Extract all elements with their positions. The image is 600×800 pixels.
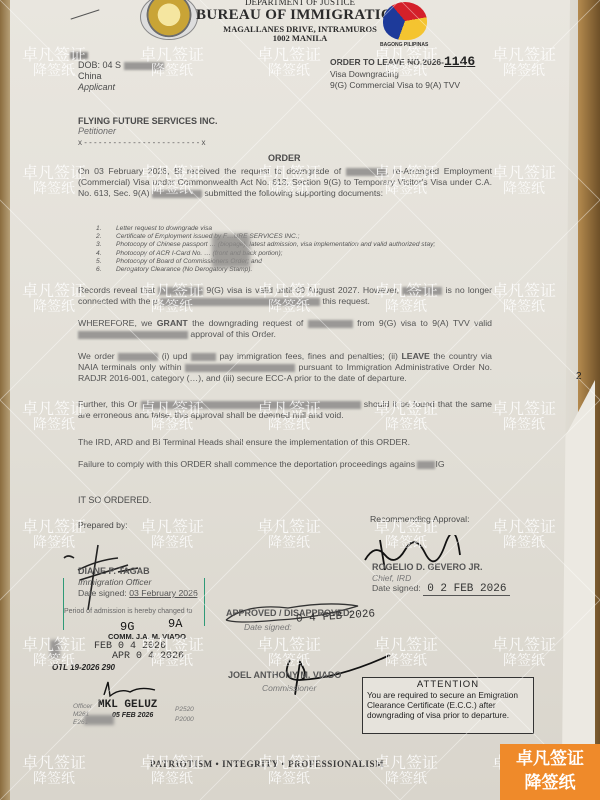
- item-number: 6.: [96, 266, 116, 274]
- paragraph-text: Failure to comply with this ORDER shall …: [78, 459, 415, 469]
- item-text: Certificate of Employment issued by F…UR…: [116, 233, 299, 240]
- paragraph-text: 9(G) visa is valid until 09 August 2027.…: [206, 285, 399, 295]
- commissioner-title: Commissioner: [262, 683, 316, 693]
- paragraph-text: WHEREFORE, we: [78, 318, 152, 328]
- paragraph-text: (i) upd: [162, 351, 188, 361]
- paragraph-text: this request.: [323, 296, 370, 306]
- stamp-visa-to: 9A: [168, 617, 182, 631]
- redacted-block: [78, 331, 188, 339]
- recommender-date: 0 2 FEB 2026: [423, 583, 510, 596]
- commissioner-name: JOEL ANTHONY M. VIADO: [228, 670, 341, 680]
- item-number: 2.: [96, 233, 116, 241]
- paragraph-text: Further, this Or: [78, 399, 137, 409]
- item-text: Photocopy of Chinese passport … (biopage…: [116, 241, 435, 248]
- document-item: 6.Derogatory Clearance (No Derogatory St…: [96, 266, 435, 274]
- document-item: 5.Photocopy of Board of Commissioners Or…: [96, 258, 435, 266]
- preparer-name: DIANE P. TAGAB: [78, 566, 150, 576]
- stamp-commissioner: COMM. J.A. M. VIADO: [108, 632, 186, 641]
- preparer-title: Immigration Officer: [78, 577, 151, 587]
- order-paragraph-1: On 03 February 2026, BI received the req…: [78, 166, 492, 199]
- petitioner-role: Petitioner: [78, 126, 218, 137]
- redacted-block: [70, 52, 88, 59]
- applicant-nationality: China: [78, 71, 164, 82]
- applicant-dob: DOB: 04 S: [78, 60, 121, 70]
- order-heading: ORDER: [268, 153, 301, 163]
- department-name: DEPARTMENT OF JUSTICE: [180, 0, 420, 7]
- paragraph-text: submitted the following supporting docum…: [204, 188, 383, 198]
- petitioner-block: FLYING FUTURE SERVICES INC. Petitioner x…: [78, 116, 218, 148]
- grant-keyword: GRANT: [157, 318, 188, 328]
- order-paragraph-3: WHEREFORE, we GRANT the downgrading requ…: [78, 318, 492, 340]
- paragraph-text: On 03 February 2026, BI received the req…: [78, 166, 341, 176]
- footer-motto: PATRIOTISM • INTEGRITY • PROFESSIONALISM: [150, 759, 384, 769]
- attention-title: ATTENTION: [367, 680, 529, 690]
- item-text: Letter request to downgrade visa: [116, 225, 212, 232]
- supporting-documents-list: 1.Letter request to downgrade visa 2.Cer…: [96, 225, 435, 274]
- order-paragraph-4: We order (i) upd pay immigration fees, f…: [78, 351, 492, 384]
- paragraph-text: IG: [435, 459, 444, 469]
- brand-badge: 卓凡签证 降签纸: [500, 744, 600, 800]
- redacted-block: [158, 287, 203, 295]
- recommending-label: Recommending Approval:: [370, 514, 469, 525]
- item-number: 4.: [96, 250, 116, 258]
- stamp-handwritten-note: OTL 19-2026 290: [52, 663, 115, 672]
- document-item: 1.Letter request to downgrade visa: [96, 225, 435, 233]
- stamp-date-2: APR 0 4 2026: [112, 651, 184, 662]
- bagong-pilipinas-logo-icon: [383, 2, 427, 40]
- redacted-block: [212, 234, 250, 268]
- paragraph-text: approval of this Order.: [190, 329, 275, 339]
- caption-separator: x - - - - - - - - - - - - - - - - - - - …: [78, 137, 218, 148]
- paragraph-text: pay immigration fees, fines and penaltie…: [219, 351, 397, 361]
- logo-caption: BAGONG PILIPINAS: [380, 42, 428, 48]
- document-item: 2.Certificate of Employment issued by F……: [96, 233, 435, 241]
- paragraph-text: Records reveal that: [78, 285, 155, 295]
- order-detail: 9(G) Commercial Visa to 9(A) TVV: [330, 80, 475, 91]
- paragraph-text: the downgrading request of: [192, 318, 303, 328]
- item-number: 1.: [96, 225, 116, 233]
- badge-line-2: 降签纸: [500, 771, 600, 795]
- redacted-block: [346, 168, 386, 176]
- order-subject: Visa Downgrading: [330, 69, 475, 80]
- stamp-line: Period of admission is hereby changed to: [64, 608, 192, 615]
- attention-notice: ATTENTION You are required to secure an …: [362, 677, 534, 734]
- stamp-handwritten-date: 05 FEB 2026: [112, 712, 153, 719]
- redacted-block: [160, 298, 320, 306]
- page-mark: 2: [576, 371, 582, 382]
- order-paragraph-2: Records reveal that 9(G) visa is valid u…: [78, 285, 492, 307]
- redacted-block: [185, 364, 295, 372]
- redacted-block: [118, 353, 158, 361]
- recommender-date-row: Date signed: 0 2 FEB 2026: [372, 583, 510, 595]
- stamp-p1: P2520: [175, 706, 194, 713]
- stamp-border: [63, 578, 64, 630]
- paragraph-text: We order: [78, 351, 115, 361]
- stamp-p2: P2000: [175, 716, 194, 723]
- order-paragraph-5: Further, this Or should it be found that…: [78, 399, 492, 421]
- badge-line-1: 卓凡签证: [500, 747, 600, 771]
- redacted-block: [124, 62, 164, 70]
- item-number: 5.: [96, 258, 116, 266]
- applicant-role: Applicant: [78, 82, 164, 93]
- attention-text: You are required to secure an Emigration…: [367, 690, 529, 720]
- paragraph-text: from 9(G) visa to 9(A) TVV valid: [357, 318, 492, 328]
- redacted-block: [50, 640, 60, 658]
- redacted-block: [141, 401, 361, 409]
- stamp-officer-name: MKL GELUZ: [98, 699, 157, 711]
- officer-signature: [100, 680, 160, 700]
- redacted-block: [402, 287, 442, 295]
- order-number: 1146: [444, 54, 475, 69]
- order-reference: ORDER TO LEAVE NO.2026-1146 Visa Downgra…: [330, 54, 475, 91]
- document-item: 3.Photocopy of Chinese passport … (biopa…: [96, 241, 435, 249]
- date-label: Date signed:: [78, 588, 127, 598]
- closing-statement: IT SO ORDERED.: [78, 495, 151, 506]
- recommender-title: Chief, IRD: [372, 573, 411, 583]
- redacted-block: [308, 320, 353, 328]
- date-label: Date signed:: [372, 583, 421, 593]
- order-paragraph-6: The IRD, ARD and BI Terminal Heads shall…: [78, 437, 492, 448]
- redacted-block: [191, 353, 216, 361]
- item-text: Photocopy of ACR I-Card No. … (front and…: [116, 250, 283, 257]
- redacted-block: [417, 461, 435, 469]
- stamp-officer-label: Officer: [73, 703, 92, 710]
- preparer-date-row: Date signed: 03 February 2026: [78, 588, 198, 598]
- approved-date-label: Date signed:: [244, 622, 292, 632]
- item-number: 3.: [96, 241, 116, 249]
- order-ref-title: ORDER TO LEAVE NO.2026-: [330, 57, 444, 67]
- leave-keyword: LEAVE: [401, 351, 429, 361]
- redacted-block: [152, 190, 202, 198]
- preparer-date: 03 February 2026: [129, 588, 198, 598]
- applicant-block: DOB: 04 S China Applicant: [78, 60, 164, 93]
- redacted-block: [84, 715, 114, 725]
- order-paragraph-7: Failure to comply with this ORDER shall …: [78, 459, 492, 470]
- recommender-name: ROGELIO D. GEVERO JR.: [372, 562, 483, 572]
- document-item: 4.Photocopy of ACR I-Card No. … (front a…: [96, 250, 435, 258]
- petitioner-name: FLYING FUTURE SERVICES INC.: [78, 116, 218, 126]
- stamp-border: [204, 578, 205, 626]
- prepared-by-label: Prepared by:: [78, 520, 128, 531]
